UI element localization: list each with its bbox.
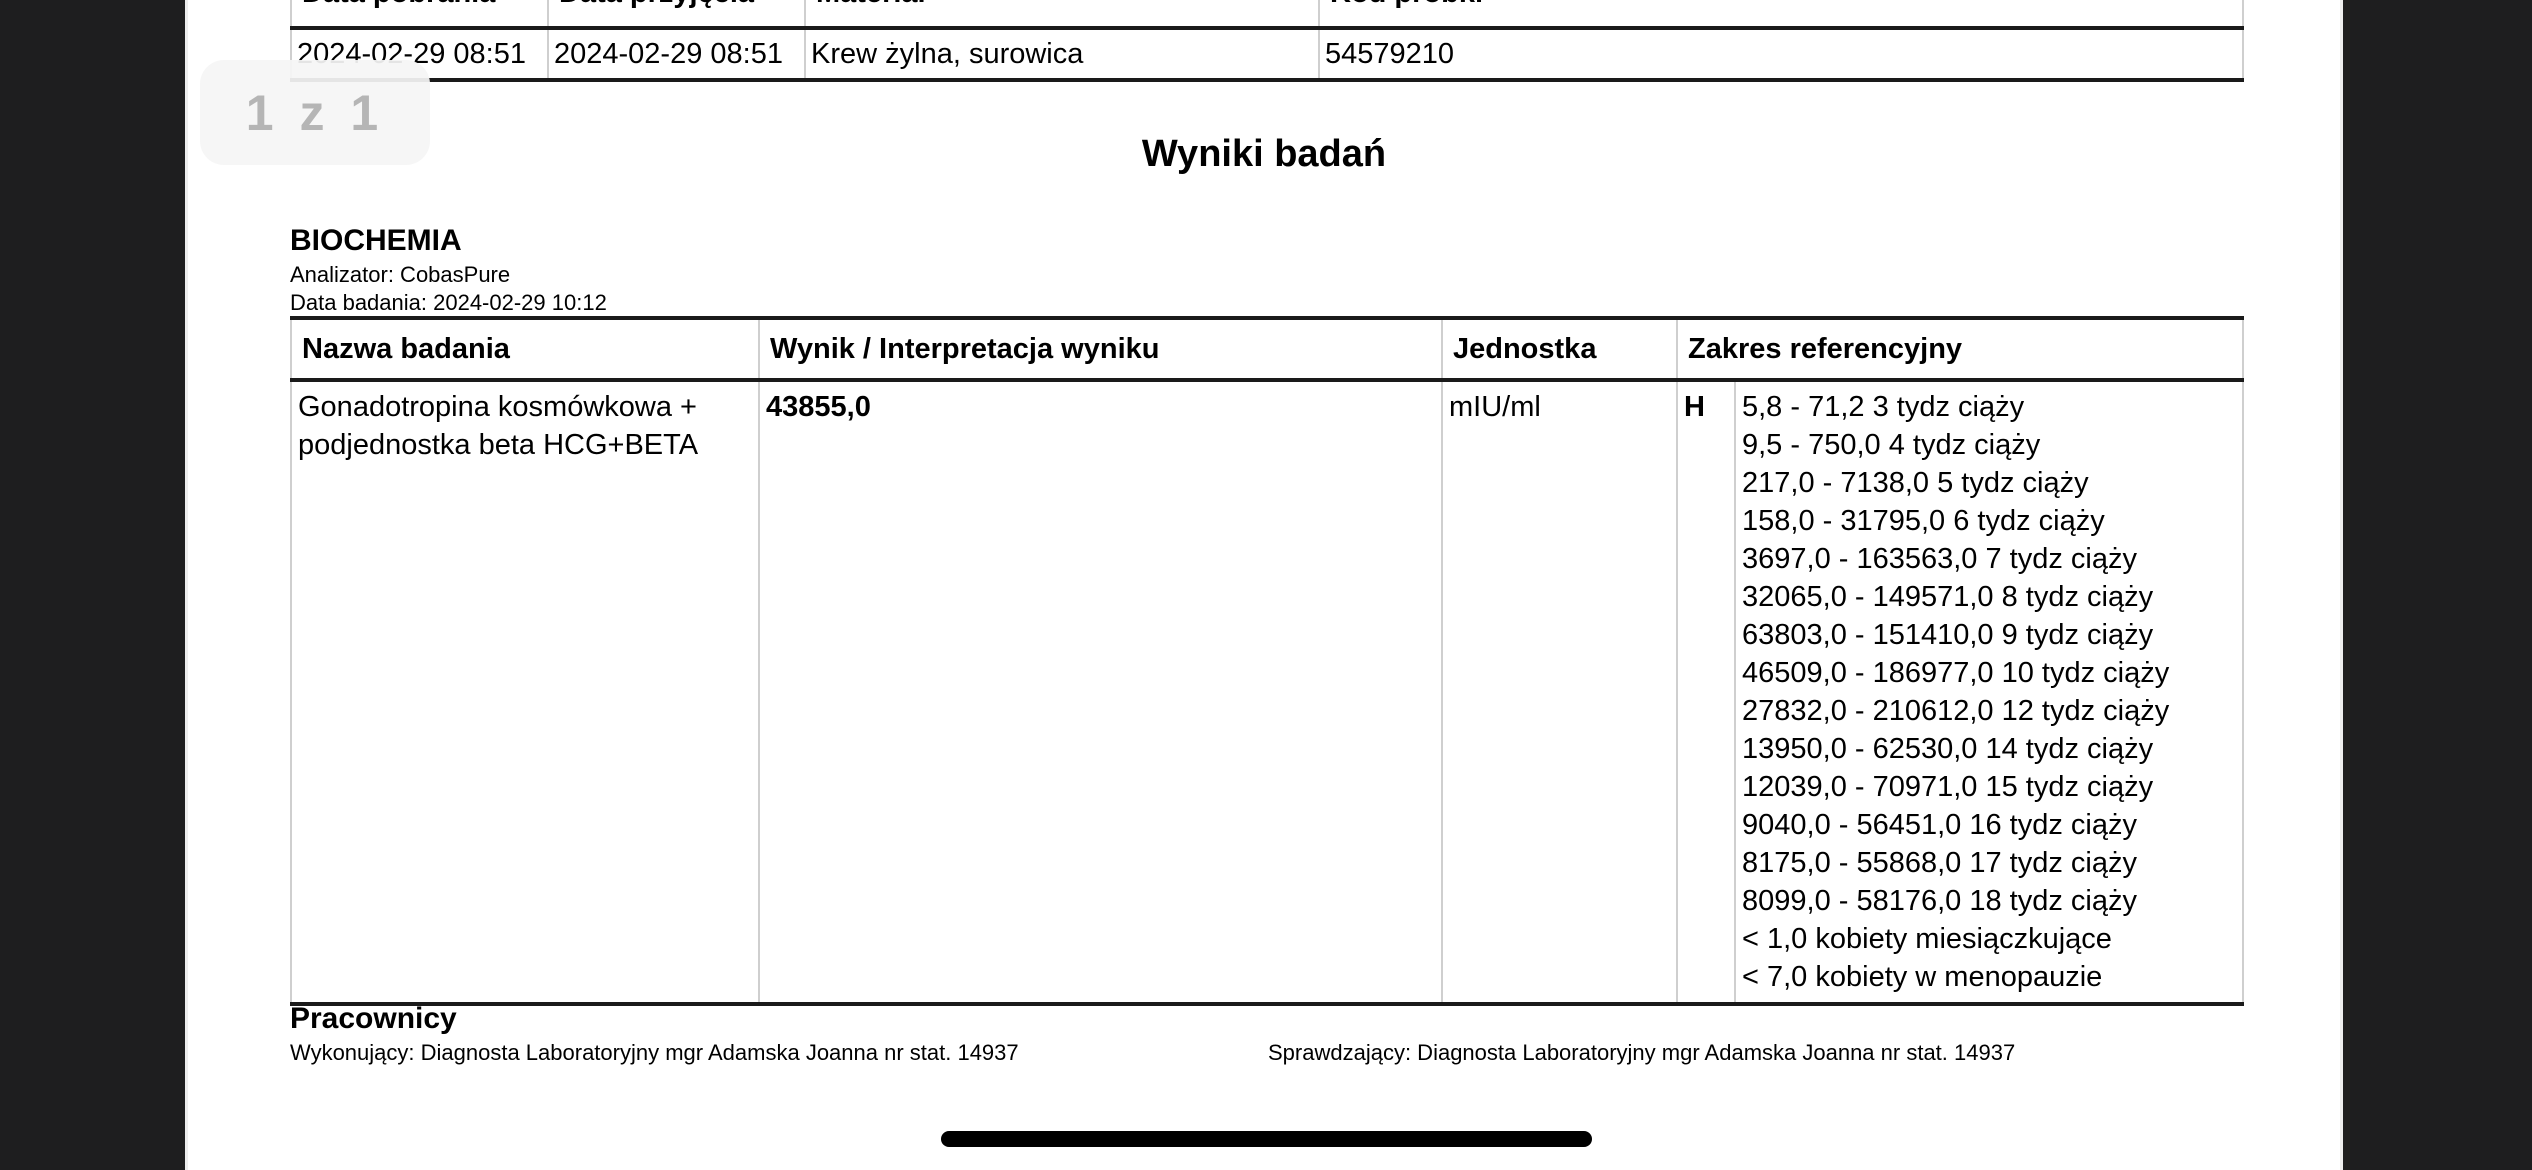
reference-range-line: 3697,0 - 163563,0 7 tydz ciąży xyxy=(1742,540,2236,578)
reference-range-line: 8175,0 - 55868,0 17 tydz ciąży xyxy=(1742,844,2236,882)
received-date: 2024-02-29 08:51 xyxy=(548,28,805,80)
reference-range-line: 12039,0 - 70971,0 15 tydz ciąży xyxy=(1742,768,2236,806)
staff-title: Pracownicy xyxy=(290,1002,457,1036)
test-date: Data badania: 2024-02-29 10:12 xyxy=(290,290,607,316)
page-indicator: 1 z 1 xyxy=(200,60,430,165)
reference-ranges: 5,8 - 71,2 3 tydz ciąży9,5 - 750,0 4 tyd… xyxy=(1735,380,2243,1004)
analyzer-info: Analizator: CobasPure xyxy=(290,262,510,288)
header-collection-date: Data pobrania xyxy=(291,0,548,28)
reference-range-line: 8099,0 - 58176,0 18 tydz ciąży xyxy=(1742,882,2236,920)
header-received-date: Data przyjęcia xyxy=(548,0,805,28)
header-reference-range: Zakres referencyjny xyxy=(1677,318,2243,380)
result-unit: mIU/ml xyxy=(1442,380,1677,1004)
results-table-header: Nazwa badania Wynik / Interpretacja wyni… xyxy=(291,318,2243,380)
test-name: Gonadotropina kosmówkowa + podjednostka … xyxy=(291,380,759,1004)
reference-range-line: 63803,0 - 151410,0 9 tydz ciąży xyxy=(1742,616,2236,654)
specimen-table: Data pobrania Data przyjęcia Materiał Ko… xyxy=(290,0,2244,82)
table-row: Gonadotropina kosmówkowa + podjednostka … xyxy=(291,380,2243,1004)
reference-range-line: 217,0 - 7138,0 5 tydz ciąży xyxy=(1742,464,2236,502)
reference-range-line: 5,8 - 71,2 3 tydz ciąży xyxy=(1742,388,2236,426)
table-row: 2024-02-29 08:51 2024-02-29 08:51 Krew ż… xyxy=(291,28,2243,80)
document-title: Wyniki badań xyxy=(188,133,2340,176)
reference-range-line: 32065,0 - 149571,0 8 tydz ciąży xyxy=(1742,578,2236,616)
reference-range-line: 46509,0 - 186977,0 10 tydz ciąży xyxy=(1742,654,2236,692)
reference-range-line: 27832,0 - 210612,0 12 tydz ciąży xyxy=(1742,692,2236,730)
header-unit: Jednostka xyxy=(1442,318,1677,380)
result-value: 43855,0 xyxy=(766,391,871,423)
checked-by: Sprawdzający: Diagnosta Laboratoryjny mg… xyxy=(1268,1040,2015,1066)
reference-range-line: 9,5 - 750,0 4 tydz ciąży xyxy=(1742,426,2236,464)
sample-code: 54579210 xyxy=(1319,28,2243,80)
high-flag: H xyxy=(1677,380,1735,1004)
reference-range-line: 158,0 - 31795,0 6 tydz ciąży xyxy=(1742,502,2236,540)
reference-range-line: 13950,0 - 62530,0 14 tydz ciąży xyxy=(1742,730,2236,768)
home-indicator-bar[interactable] xyxy=(941,1131,1592,1147)
header-result: Wynik / Interpretacja wyniku xyxy=(759,318,1442,380)
document-page[interactable]: Data pobrania Data przyjęcia Materiał Ko… xyxy=(185,0,2343,1170)
header-sample-code: Kod próbki xyxy=(1319,0,2243,28)
reference-range-line: < 1,0 kobiety miesiączkujące xyxy=(1742,920,2236,958)
section-title: BIOCHEMIA xyxy=(290,224,462,258)
header-test-name: Nazwa badania xyxy=(291,318,759,380)
specimen-table-header: Data pobrania Data przyjęcia Materiał Ko… xyxy=(291,0,2243,28)
results-table: Nazwa badania Wynik / Interpretacja wyni… xyxy=(290,316,2244,1006)
reference-range-line: 9040,0 - 56451,0 16 tydz ciąży xyxy=(1742,806,2236,844)
header-material: Materiał xyxy=(805,0,1319,28)
performed-by: Wykonujący: Diagnosta Laboratoryjny mgr … xyxy=(290,1040,1019,1066)
material: Krew żylna, surowica xyxy=(805,28,1319,80)
reference-range-line: < 7,0 kobiety w menopauzie xyxy=(1742,958,2236,996)
